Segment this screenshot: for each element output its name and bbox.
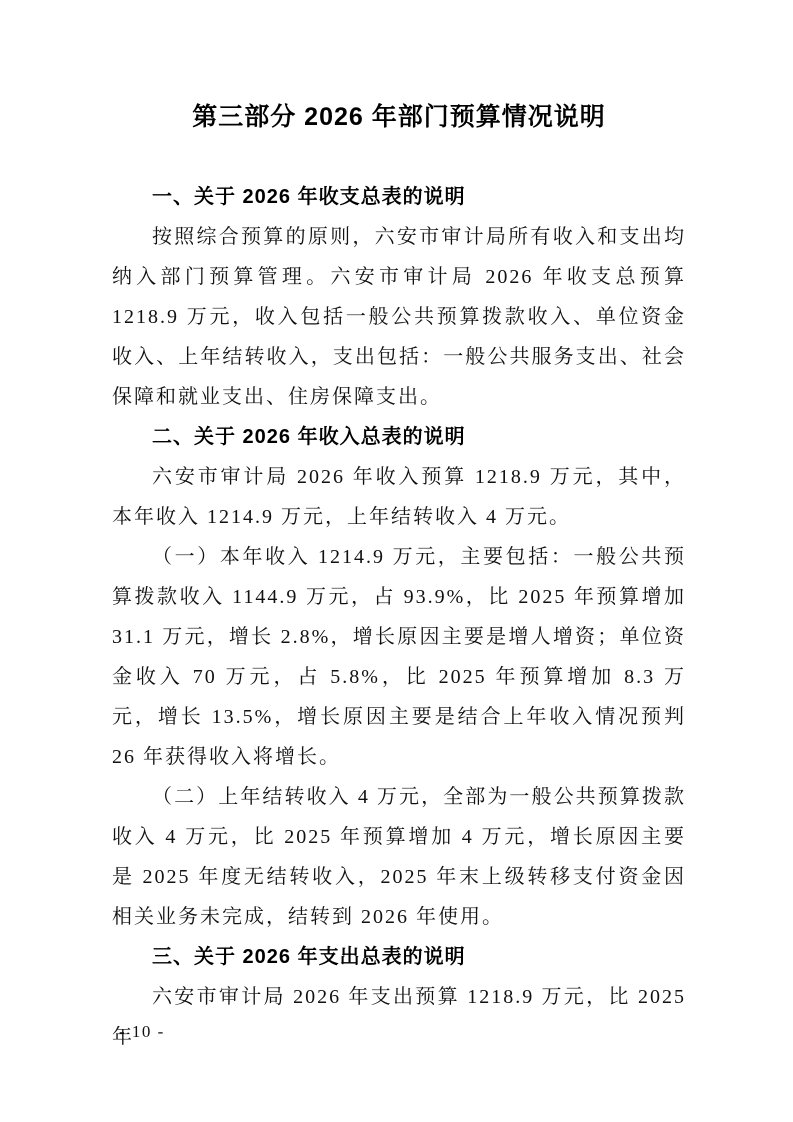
document-page: 第三部分 2026 年部门预算情况说明 一、关于 2026 年收支总表的说明 按…	[0, 0, 793, 1122]
section-expenditure-summary: 三、关于 2026 年支出总表的说明 六安市审计局 2026 年支出预算 121…	[112, 937, 686, 1057]
section-2-paragraph-1: 六安市审计局 2026 年收入预算 1218.9 万元，其中，本年收入 1214…	[112, 457, 686, 537]
section-1-heading: 一、关于 2026 年收支总表的说明	[112, 177, 686, 217]
document-title: 第三部分 2026 年部门预算情况说明	[112, 95, 686, 139]
section-2-paragraph-3: （二）上年结转收入 4 万元，全部为一般公共预算拨款收入 4 万元，比 2025…	[112, 777, 686, 937]
section-1-paragraph-1: 按照综合预算的原则，六安市审计局所有收入和支出均纳入部门预算管理。六安市审计局 …	[112, 217, 686, 417]
section-revenue-expenditure-summary: 一、关于 2026 年收支总表的说明 按照综合预算的原则，六安市审计局所有收入和…	[112, 177, 686, 417]
section-income-summary: 二、关于 2026 年收入总表的说明 六安市审计局 2026 年收入预算 121…	[112, 417, 686, 937]
section-3-paragraph-1: 六安市审计局 2026 年支出预算 1218.9 万元，比 2025 年	[112, 977, 686, 1057]
section-2-heading: 二、关于 2026 年收入总表的说明	[112, 417, 686, 457]
section-3-heading: 三、关于 2026 年支出总表的说明	[112, 937, 686, 977]
section-2-paragraph-2: （一）本年收入 1214.9 万元，主要包括：一般公共预算拨款收入 1144.9…	[112, 537, 686, 777]
page-number: - 10 -	[119, 1021, 165, 1043]
document-content: 第三部分 2026 年部门预算情况说明 一、关于 2026 年收支总表的说明 按…	[112, 95, 686, 1057]
